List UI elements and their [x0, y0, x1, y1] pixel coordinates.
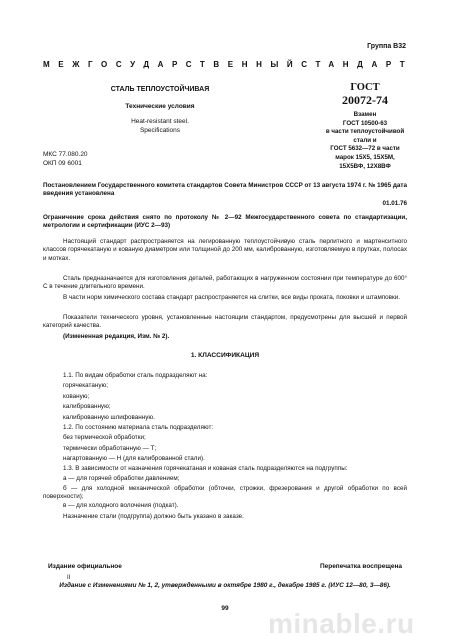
list-item: калиброванную;	[63, 402, 213, 412]
page-number: 99	[215, 605, 235, 612]
list-item: 1.1. По видам обработки сталь подразделя…	[63, 371, 213, 381]
document-subtitle: Технические условия	[90, 103, 230, 110]
list-item: без термической обработки;	[63, 433, 213, 443]
body-paragraph: Показатели технического уровня, установл…	[43, 314, 407, 331]
english-title-line: Heat-resistant steel.	[90, 117, 230, 126]
list-item: 1.2. По состоянию материала сталь подраз…	[63, 423, 213, 433]
reprint-prohibited-label: Перепечатка воспрещена	[320, 563, 402, 570]
gost-designation: ГОСТ 20072-74	[315, 82, 415, 106]
mks-code: МКС 77.080.20	[43, 151, 88, 160]
classification-codes: МКС 77.080.20 ОКП 09 6001	[43, 151, 88, 168]
replaces-line: 15Х5ВФ, 12Х8ВФ	[305, 163, 425, 172]
roman-numeral: II	[67, 575, 70, 581]
list-item: в — для холодного волочения (подкат).	[43, 501, 407, 511]
replaces-line: стали и	[305, 137, 425, 146]
group-code: Группа В32	[367, 43, 406, 50]
standard-word: СТАНДАРТ	[301, 60, 413, 69]
replaces-block: Взамен ГОСТ 10500-63 в части теплоустойч…	[305, 111, 425, 171]
replaces-line: ГОСТ 5632—72 в части	[305, 145, 425, 154]
decree-paragraph: Постановлением Государственного комитета…	[43, 182, 407, 199]
interstate-standard-heading: МЕЖГОСУДАРСТВЕННЫЙ СТАНДАРТ	[43, 60, 405, 69]
body-paragraph: Настоящий стандарт распространяется на л…	[43, 238, 407, 263]
list-item: Назначение стали (подгруппа) должно быть…	[43, 512, 407, 522]
english-title: Heat-resistant steel. Specifications	[90, 117, 230, 135]
replaces-line: ГОСТ 10500-63	[305, 120, 425, 129]
list-item: 1.3. В зависимости от назначения горячек…	[43, 464, 407, 474]
replaces-line: Взамен	[305, 111, 425, 120]
watermark: minable.ru	[268, 608, 415, 636]
list-item: кованую;	[63, 392, 213, 402]
classification-list: 1.1. По видам обработки сталь подразделя…	[63, 371, 213, 465]
english-title-line: Specifications	[90, 126, 230, 135]
replaces-line: в части теплоустойчивой	[305, 128, 425, 137]
list-item: калиброванную шлифованную.	[63, 413, 213, 423]
list-item: горячекатаную;	[63, 381, 213, 391]
subgroups-block: 1.3. В зависимости от назначения горячек…	[43, 464, 407, 522]
amendment-note: (Измененная редакция, Изм. № 2).	[43, 333, 407, 341]
body-paragraph: В части норм химического состава стандар…	[43, 294, 407, 302]
introduction-date: 01.01.76	[43, 200, 407, 208]
list-item: а — для горячей обработки давлением;	[43, 474, 407, 484]
official-edition-label: Издание официальное	[48, 563, 122, 570]
document-title: СТАЛЬ ТЕПЛОУСТОЙЧИВАЯ	[90, 86, 230, 93]
okp-code: ОКП 09 6001	[43, 160, 88, 169]
replaces-line: марок 15Х5, 15Х5М,	[305, 154, 425, 163]
limitation-paragraph: Ограничение срока действия снято по прот…	[43, 214, 407, 231]
section-heading: 1. КЛАССИФИКАЦИЯ	[43, 352, 407, 359]
body-paragraph: Сталь предназначается для изготовления д…	[43, 275, 407, 292]
gost-number: 20072-74	[315, 94, 415, 106]
list-item: термически обработанную — Т;	[63, 444, 213, 454]
edition-note: Издание с Изменениями № 1, 2, утвержденн…	[30, 582, 420, 589]
interstate-word: МЕЖГОСУДАРСТВЕННЫЙ	[43, 60, 301, 69]
list-item: б — для холодной механической обработки …	[43, 485, 407, 502]
